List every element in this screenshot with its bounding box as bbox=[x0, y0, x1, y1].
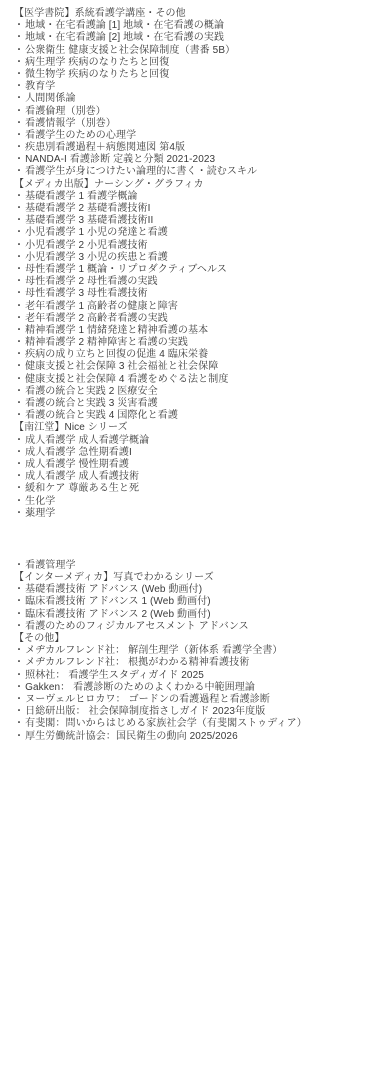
book-line: 【その他】 bbox=[14, 633, 372, 645]
book-line: ・ 看護の統合と実践 2 医療安全 bbox=[14, 386, 372, 398]
book-line-text: 看護管理学 bbox=[25, 560, 76, 572]
book-line: ・ 看護学生のための心理学 bbox=[14, 130, 372, 142]
bullet: ・ bbox=[14, 276, 24, 288]
book-line-text: 【インターメディカ】写真でわかるシリーズ bbox=[14, 572, 214, 584]
book-line: ・ 基礎看護学 2 基礎看護技術I bbox=[14, 203, 372, 215]
book-line-text: 【南江堂】Nice シリーズ bbox=[14, 422, 128, 434]
bullet: ・ bbox=[14, 584, 24, 596]
bullet: ・ bbox=[14, 596, 24, 608]
book-line: ・ 微生物学 疾病のなりたちと回復 bbox=[14, 69, 372, 81]
bullet: ・ bbox=[14, 621, 24, 633]
book-line-text: 基礎看護学 3 基礎看護技術II bbox=[25, 215, 153, 227]
book-line: ・ 小児看護学 1 小児の発達と看護 bbox=[14, 227, 372, 239]
book-line-text: 成人看護学 成人看護学概論 bbox=[25, 435, 149, 447]
book-line-text: 臨床看護技術 アドバンス 2 (Web 動画付) bbox=[25, 609, 211, 621]
book-line-text: 小児看護学 3 小児の疾患と看護 bbox=[25, 252, 168, 264]
book-line-text: 老年看護学 1 高齢者の健康と障害 bbox=[25, 301, 178, 313]
bullet: ・ bbox=[14, 57, 24, 69]
book-line-text: 【メディカ出版】ナーシング・グラフィカ bbox=[14, 179, 204, 191]
book-line: ・ 母性看護学 3 母性看護技術 bbox=[14, 288, 372, 300]
bullet: ・ bbox=[14, 240, 24, 252]
book-line-text: 疾患別看護過程＋病態関連図 第4版 bbox=[25, 142, 185, 154]
book-line: ・ ヌーヴェルヒロカワ： ゴードンの看護過程と看護診断 bbox=[14, 694, 372, 706]
bullet: ・ bbox=[14, 227, 24, 239]
book-line: ・ 看護の統合と実践 4 国際化と看護 bbox=[14, 410, 372, 422]
book-line-text: 公衆衛生 健康支援と社会保障制度（書番 5B） bbox=[25, 45, 235, 57]
book-line-text: 緩和ケア 尊厳ある生と死 bbox=[25, 483, 139, 495]
bullet: ・ bbox=[14, 20, 24, 32]
book-line: ・ 看護情報学（別巻） bbox=[14, 118, 372, 130]
book-line-text: 疾病の成り立ちと回復の促進 4 臨床栄養 bbox=[25, 349, 208, 361]
bullet: ・ bbox=[14, 93, 24, 105]
book-line: ・ 精神看護学 1 情緒発達と精神看護の基本 bbox=[14, 325, 372, 337]
book-line: ・ 健康支援と社会保障 4 看護をめぐる法と制度 bbox=[14, 374, 372, 386]
bullet: ・ bbox=[14, 361, 24, 373]
book-line-text: メヂカルフレンド社： 根拠がわかる精神看護技術 bbox=[25, 657, 249, 669]
book-line: ・ 人間関係論 bbox=[14, 93, 372, 105]
book-line: ・ 老年看護学 1 高齢者の健康と障害 bbox=[14, 301, 372, 313]
book-line: ・ 臨床看護技術 アドバンス 1 (Web 動画付) bbox=[14, 596, 372, 608]
book-list-block-2: ・ 看護管理学 【インターメディカ】写真でわかるシリーズ ・ 基礎看護技術 アド… bbox=[14, 560, 372, 743]
book-line-text: 病生理学 疾病のなりたちと回復 bbox=[25, 57, 169, 69]
book-line-text: 精神看護学 1 情緒発達と精神看護の基本 bbox=[25, 325, 208, 337]
bullet: ・ bbox=[14, 609, 24, 621]
book-line: ・ NANDA-I 看護診断 定義と分類 2021-2023 bbox=[14, 154, 372, 166]
book-line: ・ Gakken： 看護診断のためのよくわかる中範囲理論 bbox=[14, 682, 372, 694]
book-line: ・ 日総研出版： 社会保障制度指さしガイド 2023年度版 bbox=[14, 706, 372, 718]
bullet: ・ bbox=[14, 670, 24, 682]
book-line-text: 有斐閣：問いからはじめる家族社会学（有斐閣ストゥディア） bbox=[25, 718, 307, 730]
bullet: ・ bbox=[14, 386, 24, 398]
book-line-text: 地域・在宅看護論 [1] 地域・在宅看護の概論 bbox=[25, 20, 224, 32]
book-line-text: 看護のためのフィジカルアセスメント アドバンス bbox=[25, 621, 249, 633]
book-line: ・ 成人看護学 急性期看護I bbox=[14, 447, 372, 459]
bullet: ・ bbox=[14, 657, 24, 669]
book-line: 【医学書院】系統看護学講座・その他 bbox=[14, 8, 372, 20]
book-line: ・ 基礎看護技術 アドバンス (Web 動画付) bbox=[14, 584, 372, 596]
book-line: ・ 疾患別看護過程＋病態関連図 第4版 bbox=[14, 142, 372, 154]
book-line-text: 成人看護学 慢性期看護 bbox=[25, 459, 129, 471]
book-line-text: 教育学 bbox=[25, 81, 55, 93]
bullet: ・ bbox=[14, 459, 24, 471]
book-line: ・ 地域・在宅看護論 [2] 地域・在宅看護の実践 bbox=[14, 32, 372, 44]
book-line: ・ 成人看護学 慢性期看護 bbox=[14, 459, 372, 471]
book-line: ・ 基礎看護学 1 看護学概論 bbox=[14, 191, 372, 203]
book-line-text: 生化学 bbox=[25, 496, 55, 508]
book-line: 【南江堂】Nice シリーズ bbox=[14, 422, 372, 434]
book-line-text: 【医学書院】系統看護学講座・その他 bbox=[14, 8, 186, 20]
bullet: ・ bbox=[14, 508, 24, 520]
book-line-text: 基礎看護学 1 看護学概論 bbox=[25, 191, 137, 203]
bullet: ・ bbox=[14, 264, 24, 276]
book-line: ・ 小児看護学 2 小児看護技術 bbox=[14, 240, 372, 252]
bullet: ・ bbox=[14, 203, 24, 215]
book-line: ・ 生化学 bbox=[14, 496, 372, 508]
bullet: ・ bbox=[14, 215, 24, 227]
book-line: ・ 病生理学 疾病のなりたちと回復 bbox=[14, 57, 372, 69]
bullet: ・ bbox=[14, 694, 24, 706]
book-line: ・ 照林社： 看護学生スタディガイド 2025 bbox=[14, 670, 372, 682]
book-line: ・ 疾病の成り立ちと回復の促進 4 臨床栄養 bbox=[14, 349, 372, 361]
bullet: ・ bbox=[14, 731, 24, 743]
bullet: ・ bbox=[14, 447, 24, 459]
book-line-text: 看護の統合と実践 3 災害看護 bbox=[25, 398, 158, 410]
book-line-text: 看護学生のための心理学 bbox=[25, 130, 136, 142]
book-line-text: 母性看護学 3 母性看護技術 bbox=[25, 288, 148, 300]
book-line: ・ 地域・在宅看護論 [1] 地域・在宅看護の概論 bbox=[14, 20, 372, 32]
book-line-text: 微生物学 疾病のなりたちと回復 bbox=[25, 69, 169, 81]
book-line: ・ 教育学 bbox=[14, 81, 372, 93]
bullet: ・ bbox=[14, 154, 24, 166]
book-line-text: メヂカルフレンド社： 解剖生理学（新体系 看護学全書） bbox=[25, 645, 282, 657]
book-line: ・ 老年看護学 2 高齢者看護の実践 bbox=[14, 313, 372, 325]
book-line-text: 成人看護学 急性期看護I bbox=[25, 447, 132, 459]
book-line-text: 成人看護学 成人看護技術 bbox=[25, 471, 139, 483]
bullet: ・ bbox=[14, 81, 24, 93]
book-line: 【メディカ出版】ナーシング・グラフィカ bbox=[14, 179, 372, 191]
bullet: ・ bbox=[14, 166, 24, 178]
book-line-text: 臨床看護技術 アドバンス 1 (Web 動画付) bbox=[25, 596, 211, 608]
bullet: ・ bbox=[14, 325, 24, 337]
book-line-text: 基礎看護技術 アドバンス (Web 動画付) bbox=[25, 584, 202, 596]
book-line-text: Gakken： 看護診断のためのよくわかる中範囲理論 bbox=[25, 682, 255, 694]
book-line: ・ 精神看護学 2 精神障害と看護の実践 bbox=[14, 337, 372, 349]
book-line: ・ 看護学生が身につけたい論理的に書く・読むスキル bbox=[14, 166, 372, 178]
book-list-block-1: 【医学書院】系統看護学講座・その他 ・ 地域・在宅看護論 [1] 地域・在宅看護… bbox=[14, 8, 372, 520]
book-line: ・ 看護管理学 bbox=[14, 560, 372, 572]
book-line-text: 健康支援と社会保障 4 看護をめぐる法と制度 bbox=[25, 374, 228, 386]
book-line: ・ メヂカルフレンド社： 根拠がわかる精神看護技術 bbox=[14, 657, 372, 669]
book-line-text: 小児看護学 1 小児の発達と看護 bbox=[25, 227, 168, 239]
book-line: ・ メヂカルフレンド社： 解剖生理学（新体系 看護学全書） bbox=[14, 645, 372, 657]
book-line-text: ヌーヴェルヒロカワ： ゴードンの看護過程と看護診断 bbox=[25, 694, 270, 706]
bullet: ・ bbox=[14, 45, 24, 57]
book-line: ・ 成人看護学 成人看護技術 bbox=[14, 471, 372, 483]
book-line: ・ 看護の統合と実践 3 災害看護 bbox=[14, 398, 372, 410]
book-line-text: 地域・在宅看護論 [2] 地域・在宅看護の実践 bbox=[25, 32, 224, 44]
book-line-text: 精神看護学 2 精神障害と看護の実践 bbox=[25, 337, 188, 349]
book-line-text: 母性看護学 2 母性看護の実践 bbox=[25, 276, 158, 288]
bullet: ・ bbox=[14, 496, 24, 508]
book-line-text: 母性看護学 1 概論・リプロダクティブヘルス bbox=[25, 264, 227, 276]
book-line-text: 厚生労働統計協会：国民衛生の動向 2025/2026 bbox=[25, 731, 238, 743]
bullet: ・ bbox=[14, 313, 24, 325]
book-list-page: 【医学書院】系統看護学講座・その他 ・ 地域・在宅看護論 [1] 地域・在宅看護… bbox=[0, 0, 382, 1080]
bullet: ・ bbox=[14, 706, 24, 718]
bullet: ・ bbox=[14, 410, 24, 422]
book-line-text: 【その他】 bbox=[14, 633, 65, 645]
bullet: ・ bbox=[14, 483, 24, 495]
book-line: ・ 公衆衛生 健康支援と社会保障制度（書番 5B） bbox=[14, 45, 372, 57]
book-line: ・ 臨床看護技術 アドバンス 2 (Web 動画付) bbox=[14, 609, 372, 621]
book-line-text: NANDA-I 看護診断 定義と分類 2021-2023 bbox=[25, 154, 215, 166]
bullet: ・ bbox=[14, 682, 24, 694]
bullet: ・ bbox=[14, 130, 24, 142]
bullet: ・ bbox=[14, 191, 24, 203]
book-line-text: 健康支援と社会保障 3 社会福祉と社会保障 bbox=[25, 361, 218, 373]
book-line: ・ 厚生労働統計協会：国民衛生の動向 2025/2026 bbox=[14, 731, 372, 743]
book-line-text: 看護の統合と実践 2 医療安全 bbox=[25, 386, 158, 398]
book-line-text: 看護学生が身につけたい論理的に書く・読むスキル bbox=[25, 166, 257, 178]
book-line-text: 小児看護学 2 小児看護技術 bbox=[25, 240, 148, 252]
bullet: ・ bbox=[14, 435, 24, 447]
book-line: ・ 看護倫理（別巻） bbox=[14, 106, 372, 118]
book-line-text: 看護の統合と実践 4 国際化と看護 bbox=[25, 410, 178, 422]
bullet: ・ bbox=[14, 718, 24, 730]
book-line: ・ 小児看護学 3 小児の疾患と看護 bbox=[14, 252, 372, 264]
bullet: ・ bbox=[14, 349, 24, 361]
book-line: ・ 有斐閣：問いからはじめる家族社会学（有斐閣ストゥディア） bbox=[14, 718, 372, 730]
bullet: ・ bbox=[14, 471, 24, 483]
bullet: ・ bbox=[14, 645, 24, 657]
bullet: ・ bbox=[14, 106, 24, 118]
book-line: ・ 基礎看護学 3 基礎看護技術II bbox=[14, 215, 372, 227]
book-line: ・ 成人看護学 成人看護学概論 bbox=[14, 435, 372, 447]
book-line: 【インターメディカ】写真でわかるシリーズ bbox=[14, 572, 372, 584]
book-line-text: 看護倫理（別巻） bbox=[25, 106, 106, 118]
bullet: ・ bbox=[14, 69, 24, 81]
book-line-text: 老年看護学 2 高齢者看護の実践 bbox=[25, 313, 168, 325]
bullet: ・ bbox=[14, 560, 24, 572]
bullet: ・ bbox=[14, 118, 24, 130]
book-line-text: 薬理学 bbox=[25, 508, 55, 520]
bullet: ・ bbox=[14, 252, 24, 264]
bullet: ・ bbox=[14, 301, 24, 313]
bullet: ・ bbox=[14, 374, 24, 386]
book-line-text: 照林社： 看護学生スタディガイド 2025 bbox=[25, 670, 204, 682]
book-line-text: 基礎看護学 2 基礎看護技術I bbox=[25, 203, 150, 215]
bullet: ・ bbox=[14, 337, 24, 349]
bullet: ・ bbox=[14, 288, 24, 300]
bullet: ・ bbox=[14, 398, 24, 410]
bullet: ・ bbox=[14, 142, 24, 154]
book-line: ・ 薬理学 bbox=[14, 508, 372, 520]
book-line-text: 日総研出版： 社会保障制度指さしガイド 2023年度版 bbox=[25, 706, 265, 718]
book-line-text: 看護情報学（別巻） bbox=[25, 118, 116, 130]
book-line: ・ 母性看護学 2 母性看護の実践 bbox=[14, 276, 372, 288]
book-line: ・ 看護のためのフィジカルアセスメント アドバンス bbox=[14, 621, 372, 633]
bullet: ・ bbox=[14, 32, 24, 44]
book-line: ・ 緩和ケア 尊厳ある生と死 bbox=[14, 483, 372, 495]
book-line: ・ 母性看護学 1 概論・リプロダクティブヘルス bbox=[14, 264, 372, 276]
book-line: ・ 健康支援と社会保障 3 社会福祉と社会保障 bbox=[14, 361, 372, 373]
book-line-text: 人間関係論 bbox=[25, 93, 76, 105]
